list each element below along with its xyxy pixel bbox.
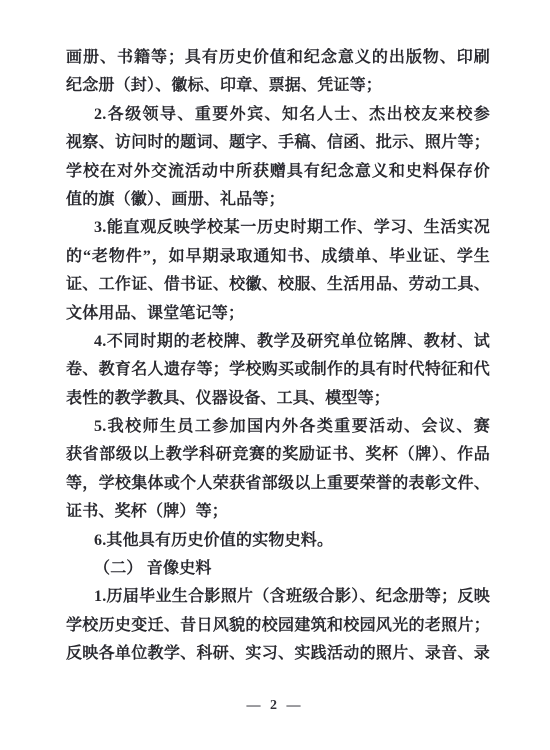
text-line: 学校在对外交流活动中所获赠具有纪念意义和史料保存价 bbox=[66, 158, 490, 186]
text-line: 4.不同时期的老校牌、教学及研究单位铭牌、教材、试 bbox=[66, 328, 490, 356]
text-line: 文体用品、课堂笔记等； bbox=[66, 300, 490, 328]
text-line: 5.我校师生员工参加国内外各类重要活动、会议、赛事， bbox=[66, 413, 490, 441]
text-line: 获省部级以上教学科研竞赛的奖励证书、奖杯（牌）、作品 bbox=[66, 441, 490, 469]
text-line: 学校历史变迁、昔日风貌的校园建筑和校园风光的老照片； bbox=[66, 612, 490, 640]
text-line: 表性的教学教具、仪器设备、工具、模型等； bbox=[66, 385, 490, 413]
text-line: 等，学校集体或个人荣获省部级以上重要荣誉的表彰文件、 bbox=[66, 470, 490, 498]
document-body: 画册、书籍等；具有历史价值和纪念意义的出版物、印刷品、纪念册（封）、徽标、印章、… bbox=[66, 44, 490, 669]
page-number: — 2 — bbox=[0, 695, 550, 717]
text-line: 的“老物件”，如早期录取通知书、成绩单、毕业证、学生 bbox=[66, 243, 490, 271]
text-line: （二） 音像史料 bbox=[66, 555, 490, 583]
text-line: 反映各单位教学、科研、实习、实践活动的照片、录音、录 bbox=[66, 640, 490, 668]
text-line: 纪念册（封）、徽标、印章、票据、凭证等； bbox=[66, 72, 490, 100]
text-line: 3.能直观反映学校某一历史时期工作、学习、生活实况 bbox=[66, 214, 490, 242]
text-line: 视察、访问时的题词、题字、手稿、信函、批示、照片等； bbox=[66, 129, 490, 157]
text-line: 卷、教育名人遗存等；学校购买或制作的具有时代特征和代 bbox=[66, 356, 490, 384]
text-line: 画册、书籍等；具有历史价值和纪念意义的出版物、印刷品、 bbox=[66, 44, 490, 72]
text-line: 值的旗（徽）、画册、礼品等； bbox=[66, 186, 490, 214]
text-line: 证书、奖杯（牌）等； bbox=[66, 498, 490, 526]
text-line: 1.历届毕业生合影照片（含班级合影）、纪念册等；反映 bbox=[66, 583, 490, 611]
text-line: 证、工作证、借书证、校徽、校服、生活用品、劳动工具、 bbox=[66, 271, 490, 299]
document-page: 画册、书籍等；具有历史价值和纪念意义的出版物、印刷品、纪念册（封）、徽标、印章、… bbox=[0, 0, 550, 750]
text-line: 6.其他具有历史价值的实物史料。 bbox=[66, 527, 490, 555]
text-line: 2.各级领导、重要外宾、知名人士、杰出校友来校参观、 bbox=[66, 101, 490, 129]
